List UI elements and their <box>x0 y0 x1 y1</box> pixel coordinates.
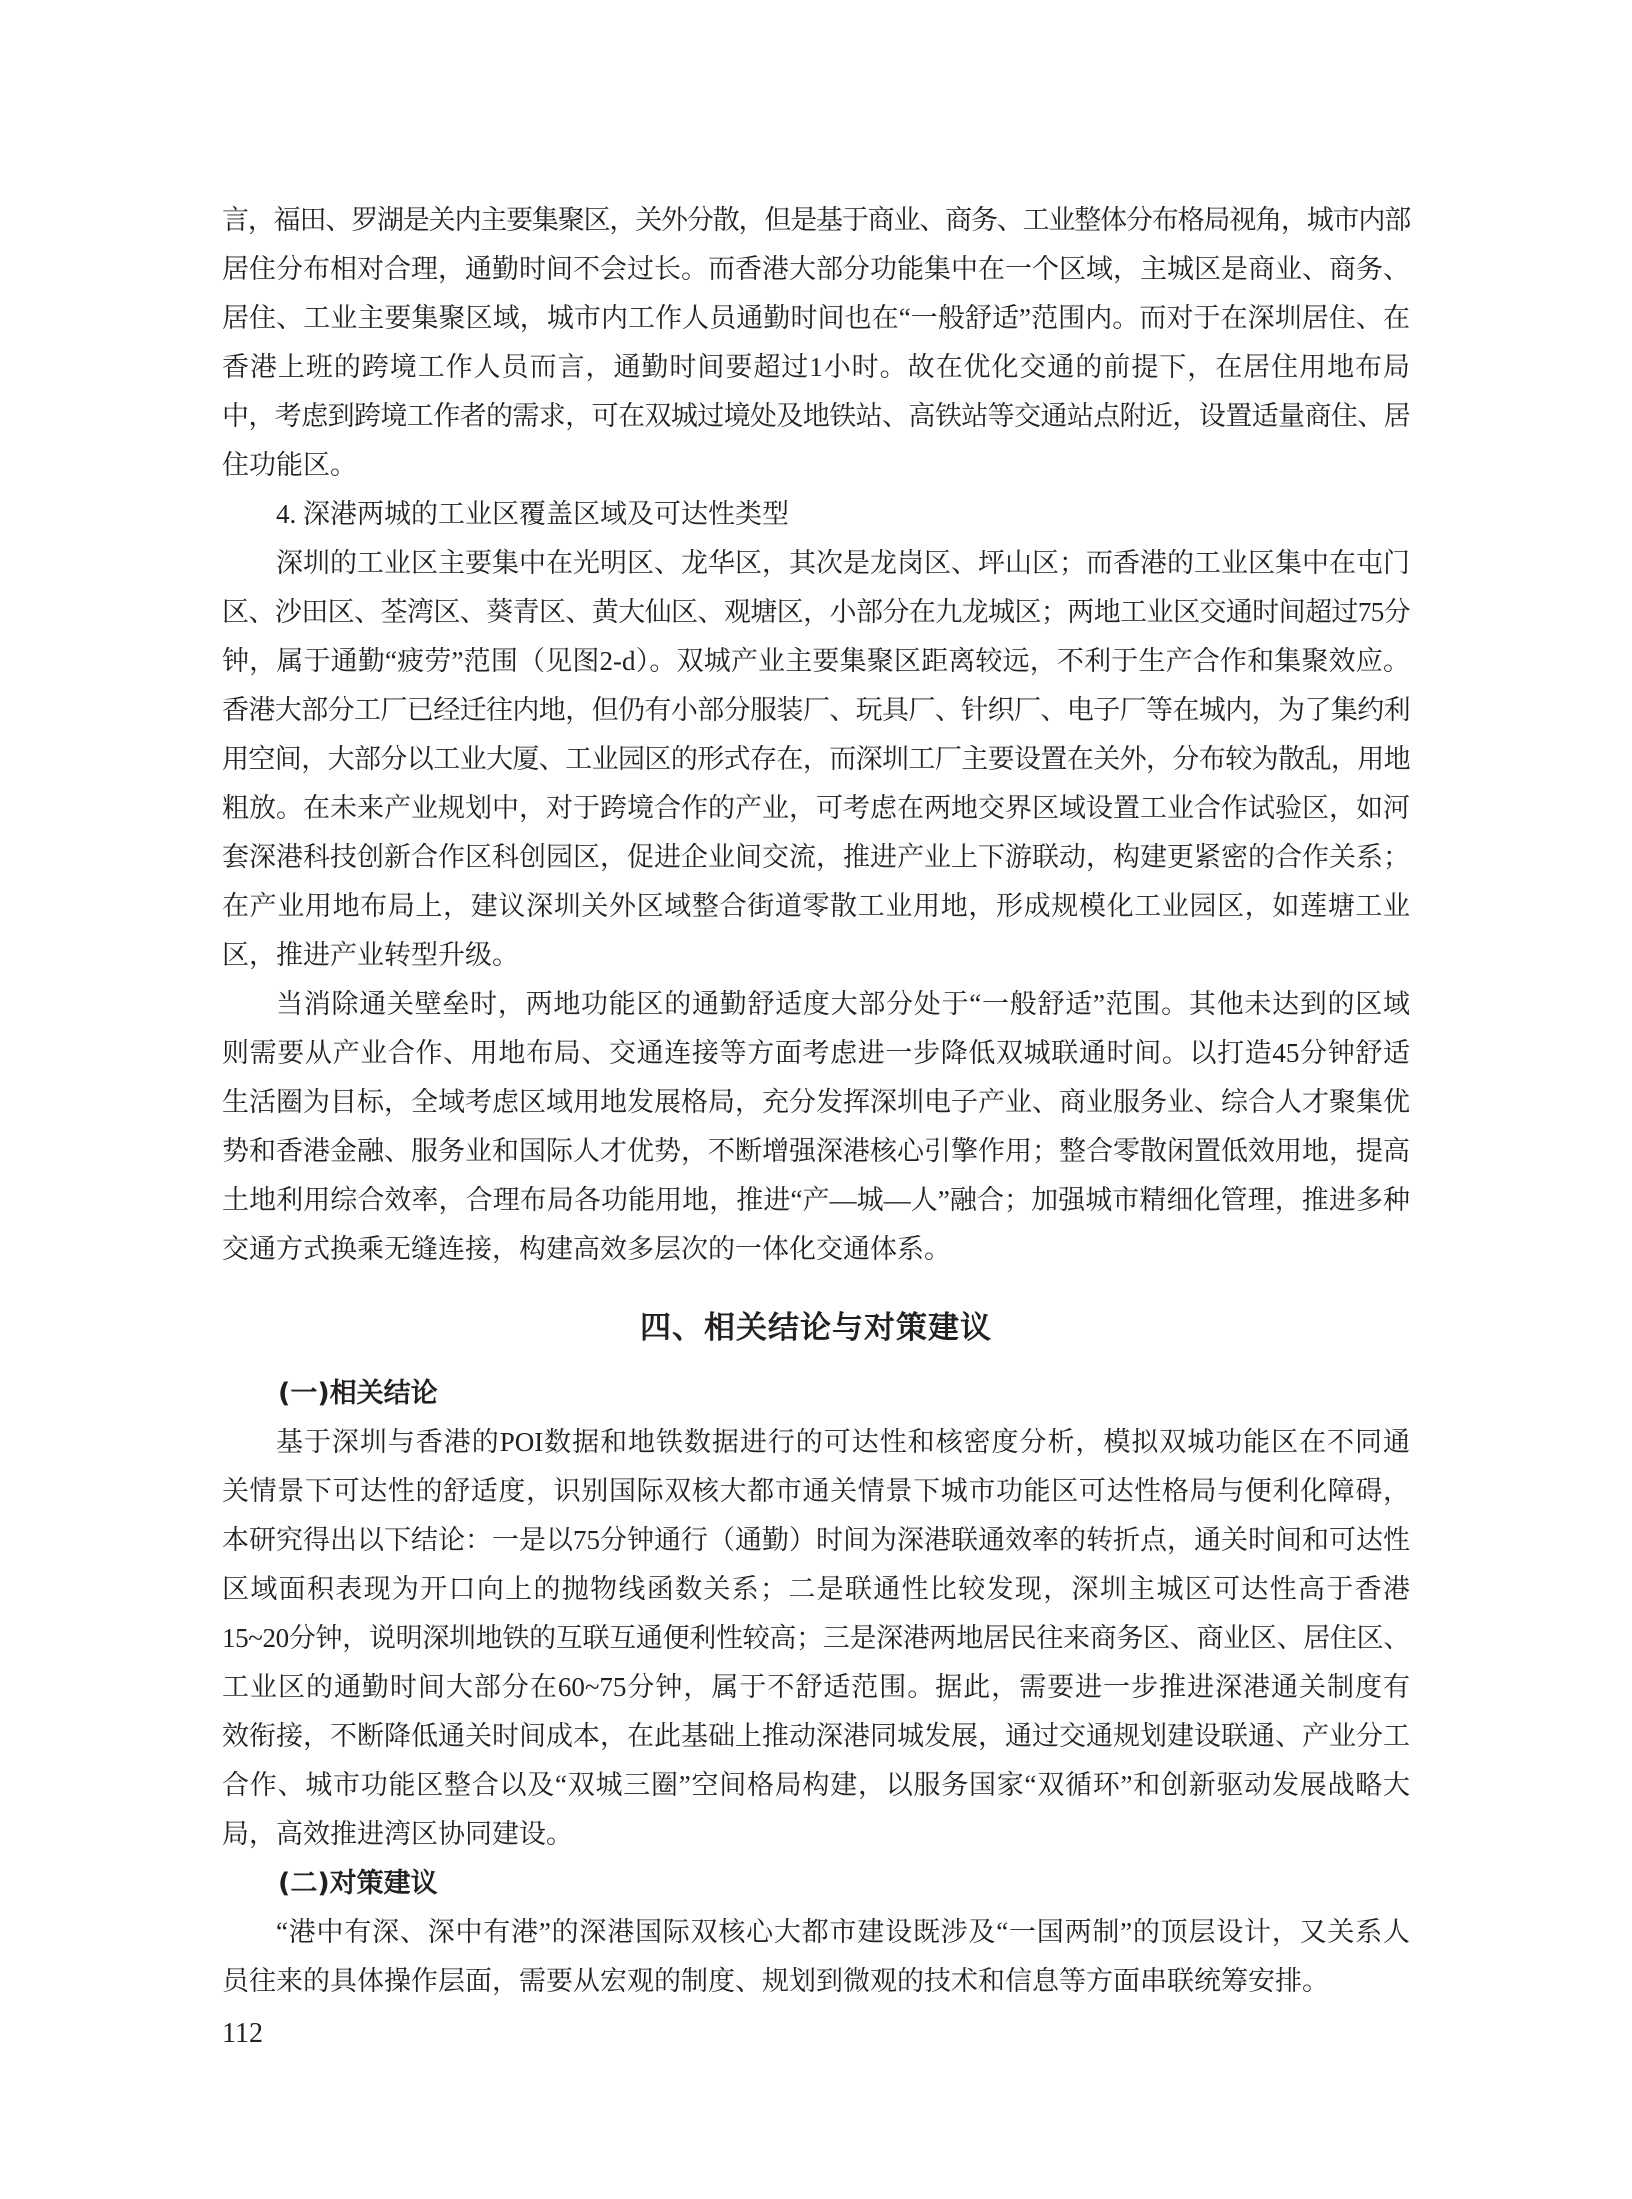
text-line: 当消除通关壁垒时，两地功能区的通勤舒适度大部分处于“一般舒适”范围。其他未达到的… <box>222 980 1410 1029</box>
book-page: 言，福田、罗湖是关内主要集聚区，关外分散，但是基于商业、商务、工业整体分布格局视… <box>0 0 1632 2199</box>
text-line: 住功能区。 <box>222 441 1410 490</box>
paragraph-industrial-zones: 深圳的工业区主要集中在光明区、龙华区，其次是龙岗区、坪山区；而香港的工业区集中在… <box>222 539 1410 980</box>
text-line: 言，福田、罗湖是关内主要集聚区，关外分散，但是基于商业、商务、工业整体分布格局视… <box>222 196 1410 245</box>
page-number: 112 <box>222 2009 1410 2058</box>
text-line: 则需要从产业合作、用地布局、交通连接等方面考虑进一步降低双城联通时间。以打造45… <box>222 1029 1410 1078</box>
text-line: 深圳的工业区主要集中在光明区、龙华区，其次是龙岗区、坪山区；而香港的工业区集中在… <box>222 539 1410 588</box>
subsection-title-recommendations: (二)对策建议 <box>222 1859 1410 1908</box>
paragraph-recommendations: “港中有深、深中有港”的深港国际双核心大都市建设既涉及“一国两制”的顶层设计，又… <box>222 1908 1410 2006</box>
text-line: 生活圈为目标，全域考虑区域用地发展格局，充分发挥深圳电子产业、商业服务业、综合人… <box>222 1078 1410 1127</box>
section-title: 四、相关结论与对策建议 <box>222 1304 1410 1353</box>
text-line: 区域面积表现为开口向上的抛物线函数关系；二是联通性比较发现，深圳主城区可达性高于… <box>222 1565 1410 1614</box>
text-line: 员往来的具体操作层面，需要从宏观的制度、规划到微观的技术和信息等方面串联统筹安排… <box>222 1957 1410 2006</box>
text-line: 局，高效推进湾区协同建设。 <box>222 1810 1410 1859</box>
text-line: 基于深圳与香港的POI数据和地铁数据进行的可达性和核密度分析，模拟双城功能区在不… <box>222 1418 1410 1467</box>
text-line: 香港大部分工厂已经迁往内地，但仍有小部分服装厂、玩具厂、针织厂、电子厂等在城内，… <box>222 686 1410 735</box>
page-body: 言，福田、罗湖是关内主要集聚区，关外分散，但是基于商业、商务、工业整体分布格局视… <box>222 196 1410 2058</box>
paragraph-commute-comfort: 当消除通关壁垒时，两地功能区的通勤舒适度大部分处于“一般舒适”范围。其他未达到的… <box>222 980 1410 1274</box>
text-line: 势和香港金融、服务业和国际人才优势，不断增强深港核心引擎作用；整合零散闲置低效用… <box>222 1127 1410 1176</box>
text-line: “港中有深、深中有港”的深港国际双核心大都市建设既涉及“一国两制”的顶层设计，又… <box>222 1908 1410 1957</box>
text-line: 区、沙田区、荃湾区、葵青区、黄大仙区、观塘区，小部分在九龙城区；两地工业区交通时… <box>222 588 1410 637</box>
text-line: 合作、城市功能区整合以及“双城三圈”空间格局构建，以服务国家“双循环”和创新驱动… <box>222 1761 1410 1810</box>
text-line: 区，推进产业转型升级。 <box>222 931 1410 980</box>
text-line: 钟，属于通勤“疲劳”范围（见图2-d）。双城产业主要集聚区距离较远，不利于生产合… <box>222 637 1410 686</box>
text-line: 效衔接，不断降低通关时间成本，在此基础上推动深港同城发展，通过交通规划建设联通、… <box>222 1712 1410 1761</box>
text-line: 套深港科技创新合作区科创园区，促进企业间交流，推进产业上下游联动，构建更紧密的合… <box>222 833 1410 882</box>
text-line: 居住分布相对合理，通勤时间不会过长。而香港大部分功能集中在一个区域，主城区是商业… <box>222 245 1410 294</box>
paragraph-conclusions: 基于深圳与香港的POI数据和地铁数据进行的可达性和核密度分析，模拟双城功能区在不… <box>222 1418 1410 1859</box>
text-line: 中，考虑到跨境工作者的需求，可在双城过境处及地铁站、高铁站等交通站点附近，设置适… <box>222 392 1410 441</box>
text-line: 本研究得出以下结论：一是以75分钟通行（通勤）时间为深港联通效率的转折点，通关时… <box>222 1516 1410 1565</box>
text-line: 香港上班的跨境工作人员而言，通勤时间要超过1小时。故在优化交通的前提下，在居住用… <box>222 343 1410 392</box>
text-line: 15~20分钟，说明深圳地铁的互联互通便利性较高；三是深港两地居民往来商务区、商… <box>222 1614 1410 1663</box>
text-line: 关情景下可达性的舒适度，识别国际双核大都市通关情景下城市功能区可达性格局与便利化… <box>222 1467 1410 1516</box>
text-line: 工业区的通勤时间大部分在60~75分钟，属于不舒适范围。据此，需要进一步推进深港… <box>222 1663 1410 1712</box>
subsection-title-conclusions: (一)相关结论 <box>222 1369 1410 1418</box>
text-line: 在产业用地布局上，建议深圳关外区域整合街道零散工业用地，形成规模化工业园区，如莲… <box>222 882 1410 931</box>
subsection-4-title: 4. 深港两城的工业区覆盖区域及可达性类型 <box>222 490 1410 539</box>
text-line: 土地利用综合效率，合理布局各功能用地，推进“产—城—人”融合；加强城市精细化管理… <box>222 1176 1410 1225</box>
text-line: 居住、工业主要集聚区域，城市内工作人员通勤时间也在“一般舒适”范围内。而对于在深… <box>222 294 1410 343</box>
text-line: 粗放。在未来产业规划中，对于跨境合作的产业，可考虑在两地交界区域设置工业合作试验… <box>222 784 1410 833</box>
paragraph-residential-layout: 言，福田、罗湖是关内主要集聚区，关外分散，但是基于商业、商务、工业整体分布格局视… <box>222 196 1410 490</box>
text-line: 交通方式换乘无缝连接，构建高效多层次的一体化交通体系。 <box>222 1225 1410 1274</box>
text-line: 用空间，大部分以工业大厦、工业园区的形式存在，而深圳工厂主要设置在关外，分布较为… <box>222 735 1410 784</box>
